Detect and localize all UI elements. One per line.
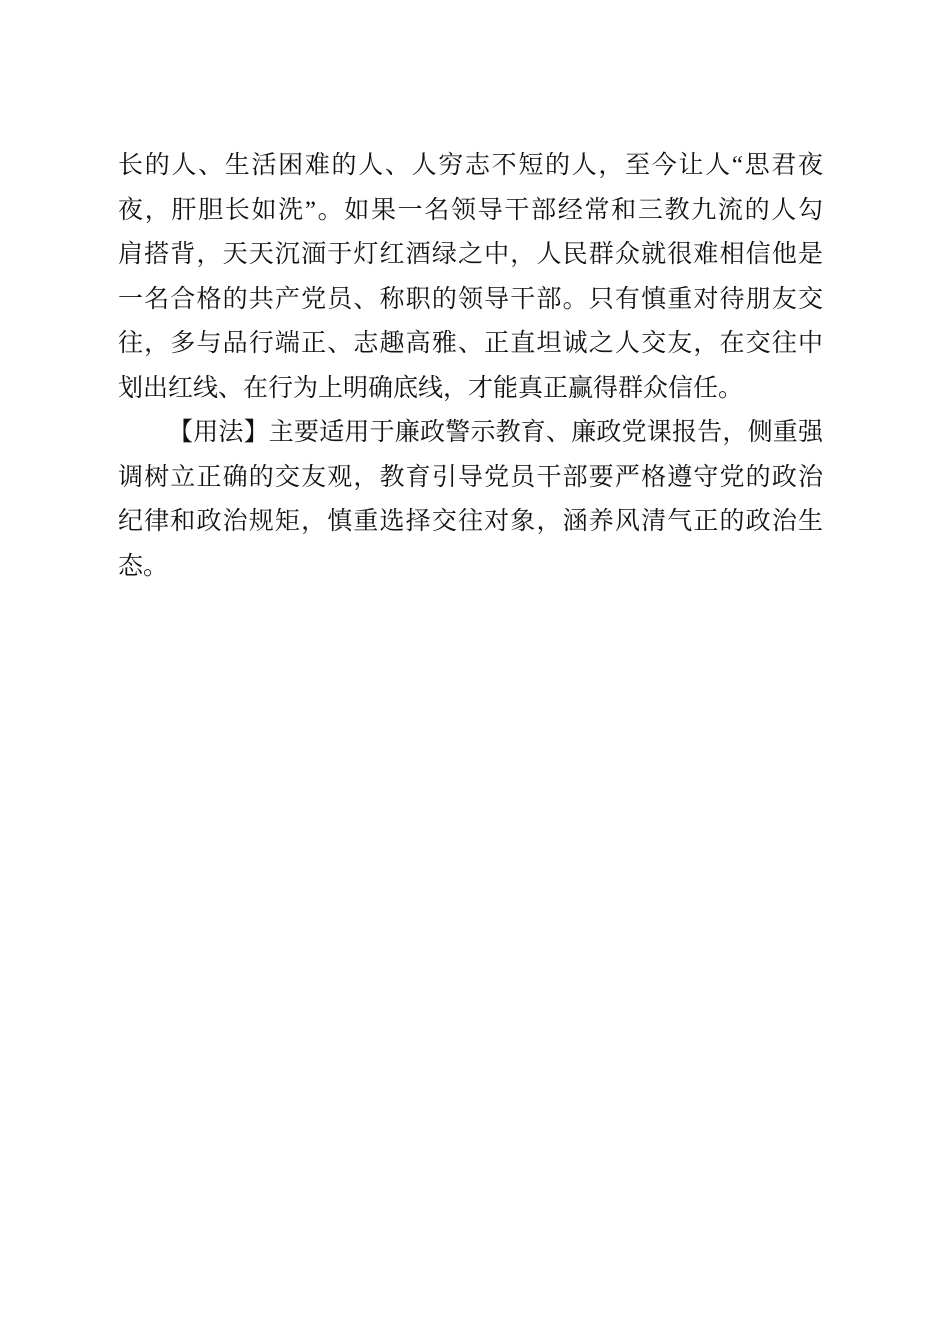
text-line: 划出红线、在行为上明确底线，才能真正赢得群众信任。 [118,367,823,412]
text-line: 态。 [118,545,823,590]
text-line: 纪律和政治规矩，慎重选择交往对象，涵养风清气正的政治生 [118,500,823,545]
text-line: 调树立正确的交友观，教育引导党员干部要严格遵守党的政治 [118,456,823,501]
paragraph: 【用法】主要适用于廉政警示教育、廉政党课报告，侧重强调树立正确的交友观，教育引导… [118,411,823,589]
text-line: 往，多与品行端正、志趣高雅、正直坦诚之人交友，在交往中 [118,322,823,367]
document-page: 长的人、生活困难的人、人穷志不短的人，至今让人“思君夜夜，肝胆长如洗”。如果一名… [0,0,950,1344]
text-line: 【用法】主要适用于廉政警示教育、廉政党课报告，侧重强 [118,411,823,456]
text-line: 肩搭背，天天沉湎于灯红酒绿之中，人民群众就很难相信他是 [118,233,823,278]
text-line: 长的人、生活困难的人、人穷志不短的人，至今让人“思君夜 [118,144,823,189]
text-line: 夜，肝胆长如洗”。如果一名领导干部经常和三教九流的人勾 [118,189,823,234]
paragraph: 长的人、生活困难的人、人穷志不短的人，至今让人“思君夜夜，肝胆长如洗”。如果一名… [118,144,823,411]
text-line: 一名合格的共产党员、称职的领导干部。只有慎重对待朋友交 [118,278,823,323]
document-body-text: 长的人、生活困难的人、人穷志不短的人，至今让人“思君夜夜，肝胆长如洗”。如果一名… [118,144,823,589]
